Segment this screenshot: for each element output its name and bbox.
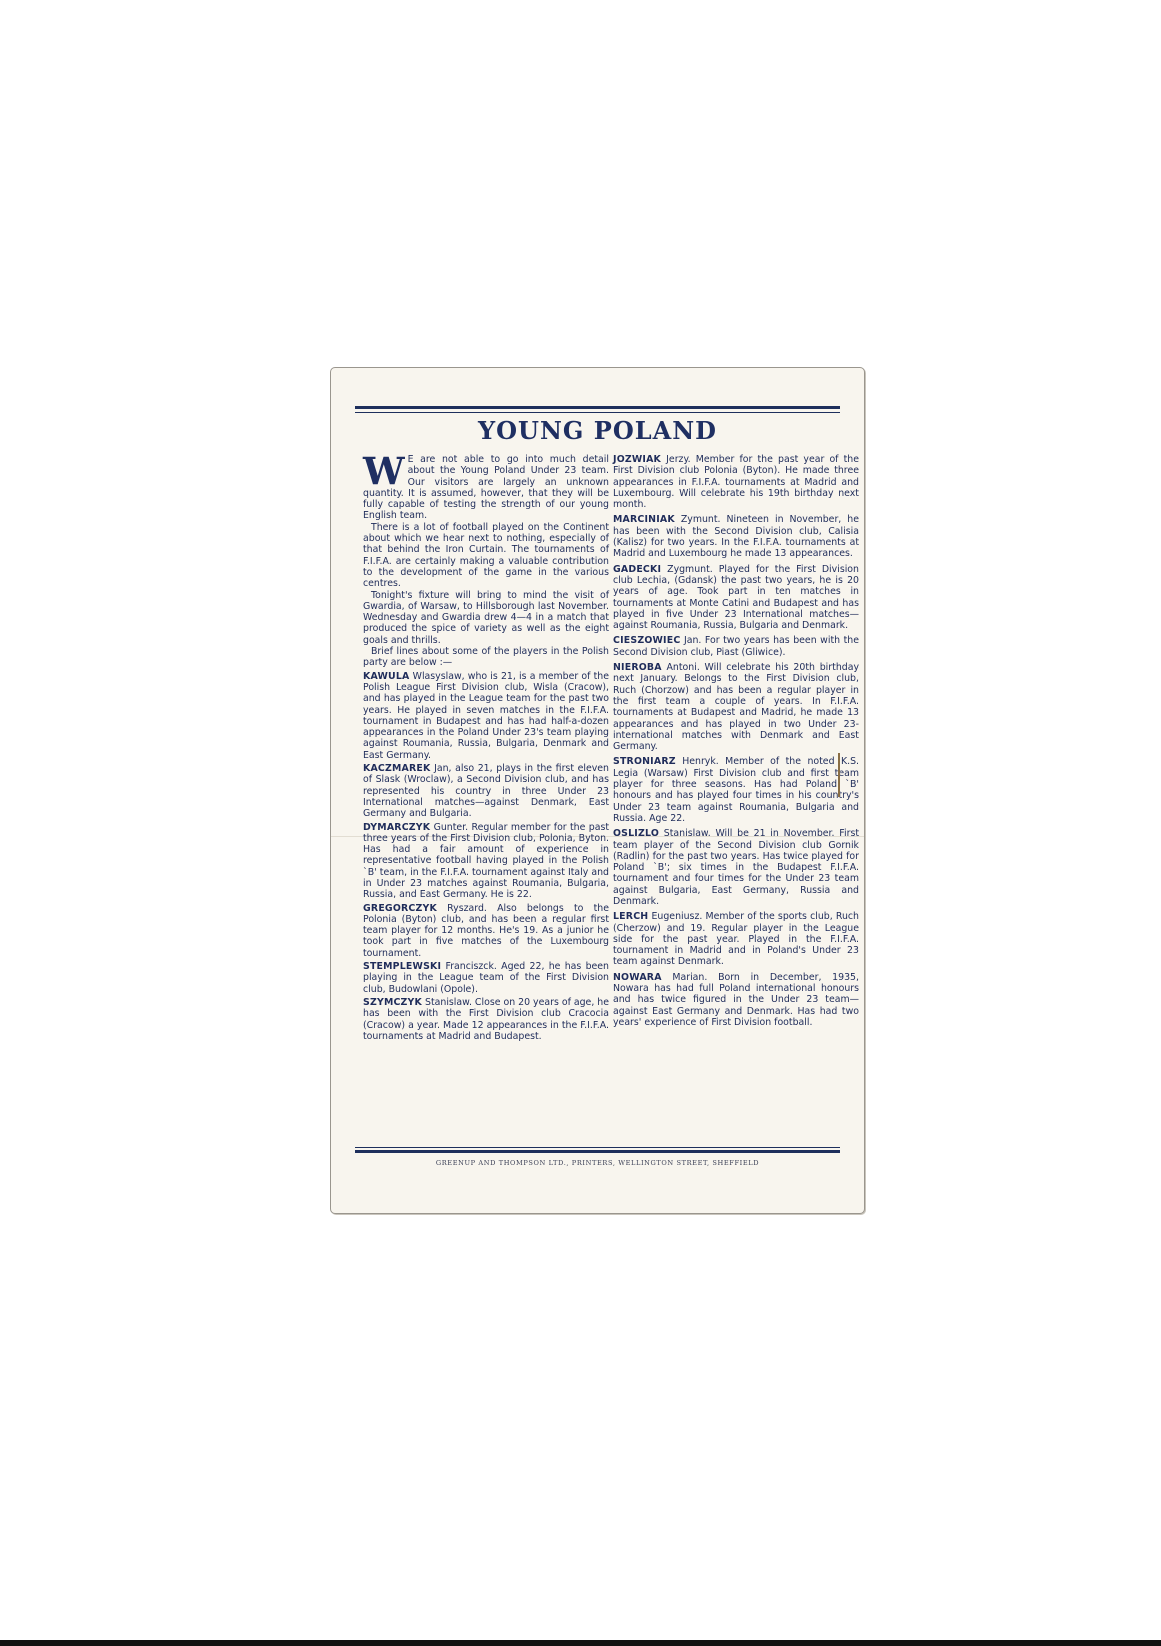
drop-cap: W xyxy=(363,456,405,486)
top-rule xyxy=(355,406,840,409)
player-bio: Gunter. Regular member for the past thre… xyxy=(363,822,609,901)
page-title: YOUNG POLAND xyxy=(331,416,864,445)
right-player-list: JOZWIAK Jerzy. Member for the past year … xyxy=(613,454,859,1028)
player-name: STRONIARZ xyxy=(613,756,676,767)
player-entry: MARCINIAK Zymunt. Nineteen in November, … xyxy=(613,514,859,559)
player-entry: OSLIZLO Stanislaw. Will be 21 in Novembe… xyxy=(613,828,859,907)
printer-credit: GREENUP AND THOMPSON LTD., PRINTERS, WEL… xyxy=(331,1159,864,1167)
player-name: OSLIZLO xyxy=(613,828,659,839)
scan-edge-bar xyxy=(0,1640,1161,1646)
player-name: DYMARCZYK xyxy=(363,822,430,833)
intro-paragraph: WE are not able to go into much detail a… xyxy=(363,454,609,522)
left-column: WE are not able to go into much detail a… xyxy=(363,454,609,1042)
bottom-rule-thin xyxy=(355,1147,840,1148)
bottom-rule xyxy=(355,1150,840,1153)
player-name: NIEROBA xyxy=(613,662,662,673)
player-name: KACZMAREK xyxy=(363,763,430,774)
staple xyxy=(838,753,840,797)
player-entry: KAWULA Wlasyslaw, who is 21, is a member… xyxy=(363,671,609,761)
player-entry: NOWARA Marian. Born in December, 1935, N… xyxy=(613,972,859,1028)
player-entry: LERCH Eugeniusz. Member of the sports cl… xyxy=(613,911,859,967)
player-entry: CIESZOWIEC Jan. For two years has been w… xyxy=(613,635,859,658)
left-player-list: KAWULA Wlasyslaw, who is 21, is a member… xyxy=(363,671,609,1043)
player-entry: GADECKI Zygmunt. Played for the First Di… xyxy=(613,564,859,632)
player-bio: Antoni. Will celebrate his 20th birthday… xyxy=(613,662,859,752)
player-name: GADECKI xyxy=(613,564,661,575)
player-name: CIESZOWIEC xyxy=(613,635,680,646)
player-bio: Wlasyslaw, who is 21, is a member of the… xyxy=(363,671,609,761)
player-name: JOZWIAK xyxy=(613,454,661,465)
intro-paragraph: Brief lines about some of the players in… xyxy=(363,646,609,669)
player-entry: STEMPLEWSKI Franciszck. Aged 22, he has … xyxy=(363,961,609,995)
player-name: LERCH xyxy=(613,911,648,922)
player-entry: GREGORCZYK Ryszard. Also belongs to the … xyxy=(363,903,609,959)
top-rule-thin xyxy=(355,412,840,413)
player-entry: KACZMAREK Jan, also 21, plays in the fir… xyxy=(363,763,609,819)
player-bio: Eugeniusz. Member of the sports club, Ru… xyxy=(613,911,859,967)
player-name: SZYMCZYK xyxy=(363,997,422,1008)
player-name: MARCINIAK xyxy=(613,514,675,525)
player-entry: NIEROBA Antoni. Will celebrate his 20th … xyxy=(613,662,859,752)
player-name: NOWARA xyxy=(613,972,662,983)
player-entry: SZYMCZYK Stanislaw. Close on 20 years of… xyxy=(363,997,609,1042)
player-bio: Stanislaw. Will be 21 in November. First… xyxy=(613,828,859,907)
player-name: KAWULA xyxy=(363,671,409,682)
player-entry: STRONIARZ Henryk. Member of the noted K.… xyxy=(613,756,859,824)
player-entry: DYMARCZYK Gunter. Regular member for the… xyxy=(363,822,609,901)
right-column: JOZWIAK Jerzy. Member for the past year … xyxy=(613,454,859,1028)
programme-page: YOUNG POLAND WE are not able to go into … xyxy=(330,367,865,1214)
intro-paragraph: Tonight's fixture will bring to mind the… xyxy=(363,590,609,646)
player-name: STEMPLEWSKI xyxy=(363,961,441,972)
player-name: GREGORCZYK xyxy=(363,903,437,914)
player-entry: JOZWIAK Jerzy. Member for the past year … xyxy=(613,454,859,510)
intro-paragraph: There is a lot of football played on the… xyxy=(363,522,609,590)
